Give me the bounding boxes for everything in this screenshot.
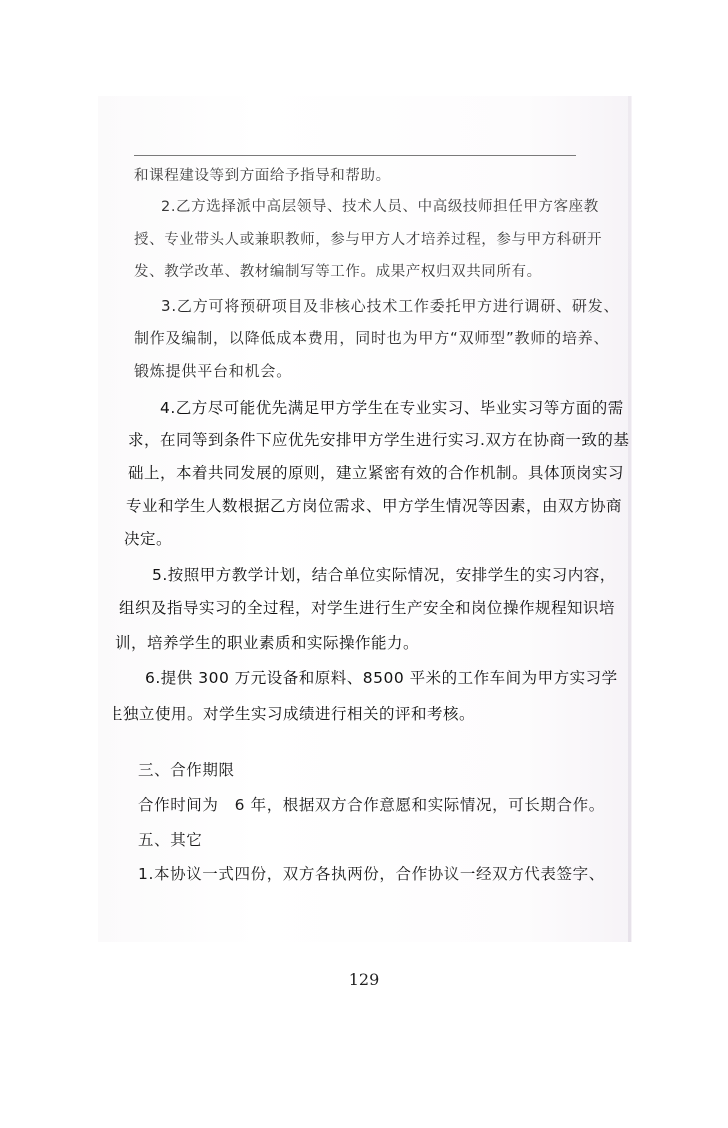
paragraph-2-line-1: 2.乙方选择派中高层领导、技术人员、中高级技师担任甲方客座教	[161, 197, 599, 217]
section-3-heading: 三、合作期限	[138, 760, 235, 780]
paragraph-3-line-1: 3.乙方可将预研项目及非核心技术工作委托甲方进行调研、研发、	[161, 296, 619, 316]
paragraph-5-line-3: 训，培养学生的职业素质和实际操作能力。	[115, 633, 419, 653]
paragraph-2-line-2: 授、专业带头人或兼职教师，参与甲方人才培养过程，参与甲方科研开	[134, 230, 602, 250]
paragraph-5-line-1: 5.按照甲方教学计划，结合单位实际情况，安排学生的实习内容，	[152, 565, 616, 585]
paragraph-3-line-2: 制作及编制，以降低成本费用，同时也为甲方“双师型”教师的培养、	[134, 328, 609, 348]
page-number: 129	[0, 970, 728, 989]
paragraph-4-line-5: 决定。	[124, 529, 172, 549]
paragraph-3-line-3: 锻炼提供平台和机会。	[134, 361, 292, 381]
scanned-page-edge	[628, 96, 631, 942]
section-5-item-1: 1.本协议一式四份，双方各执两份，合作协议一经双方代表签字、	[138, 864, 605, 884]
paragraph-4-line-4: 专业和学生人数根据乙方岗位需求、甲方学生情况等因素，由双方协商	[126, 496, 622, 516]
section-3-body: 合作时间为 6 年，根据双方合作意愿和实际情况，可长期合作。	[138, 795, 605, 815]
header-rule	[134, 155, 576, 156]
paragraph-5-line-2: 组织及指导实习的全过程，对学生进行生产安全和岗位操作规程知识培	[119, 598, 615, 618]
section-5-heading: 五、其它	[138, 830, 202, 850]
paragraph-4-line-1: 4.乙方尽可能优先满足甲方学生在专业实习、毕业实习等方面的需	[160, 398, 624, 418]
paragraph-2-line-3: 发、教学改革、教材编制写等工作。成果产权归双共同所有。	[134, 262, 542, 282]
paragraph-4-line-3: 础上，本着共同发展的原则，建立紧密有效的合作机制。具体顶岗实习	[128, 463, 624, 483]
paragraph-6-line-2: 生独立使用。对学生实习成绩进行相关的评和考核。	[107, 704, 475, 724]
continued-line: 和课程建设等到方面给予指导和帮助。	[134, 166, 391, 186]
paragraph-6-line-1: 6.提供 300 万元设备和原料、8500 平米的工作车间为甲方实习学	[145, 668, 618, 688]
scanned-page	[98, 96, 632, 942]
paragraph-4-line-2: 求，在同等到条件下应优先安排甲方学生进行实习.双方在协商一致的基	[128, 430, 629, 450]
